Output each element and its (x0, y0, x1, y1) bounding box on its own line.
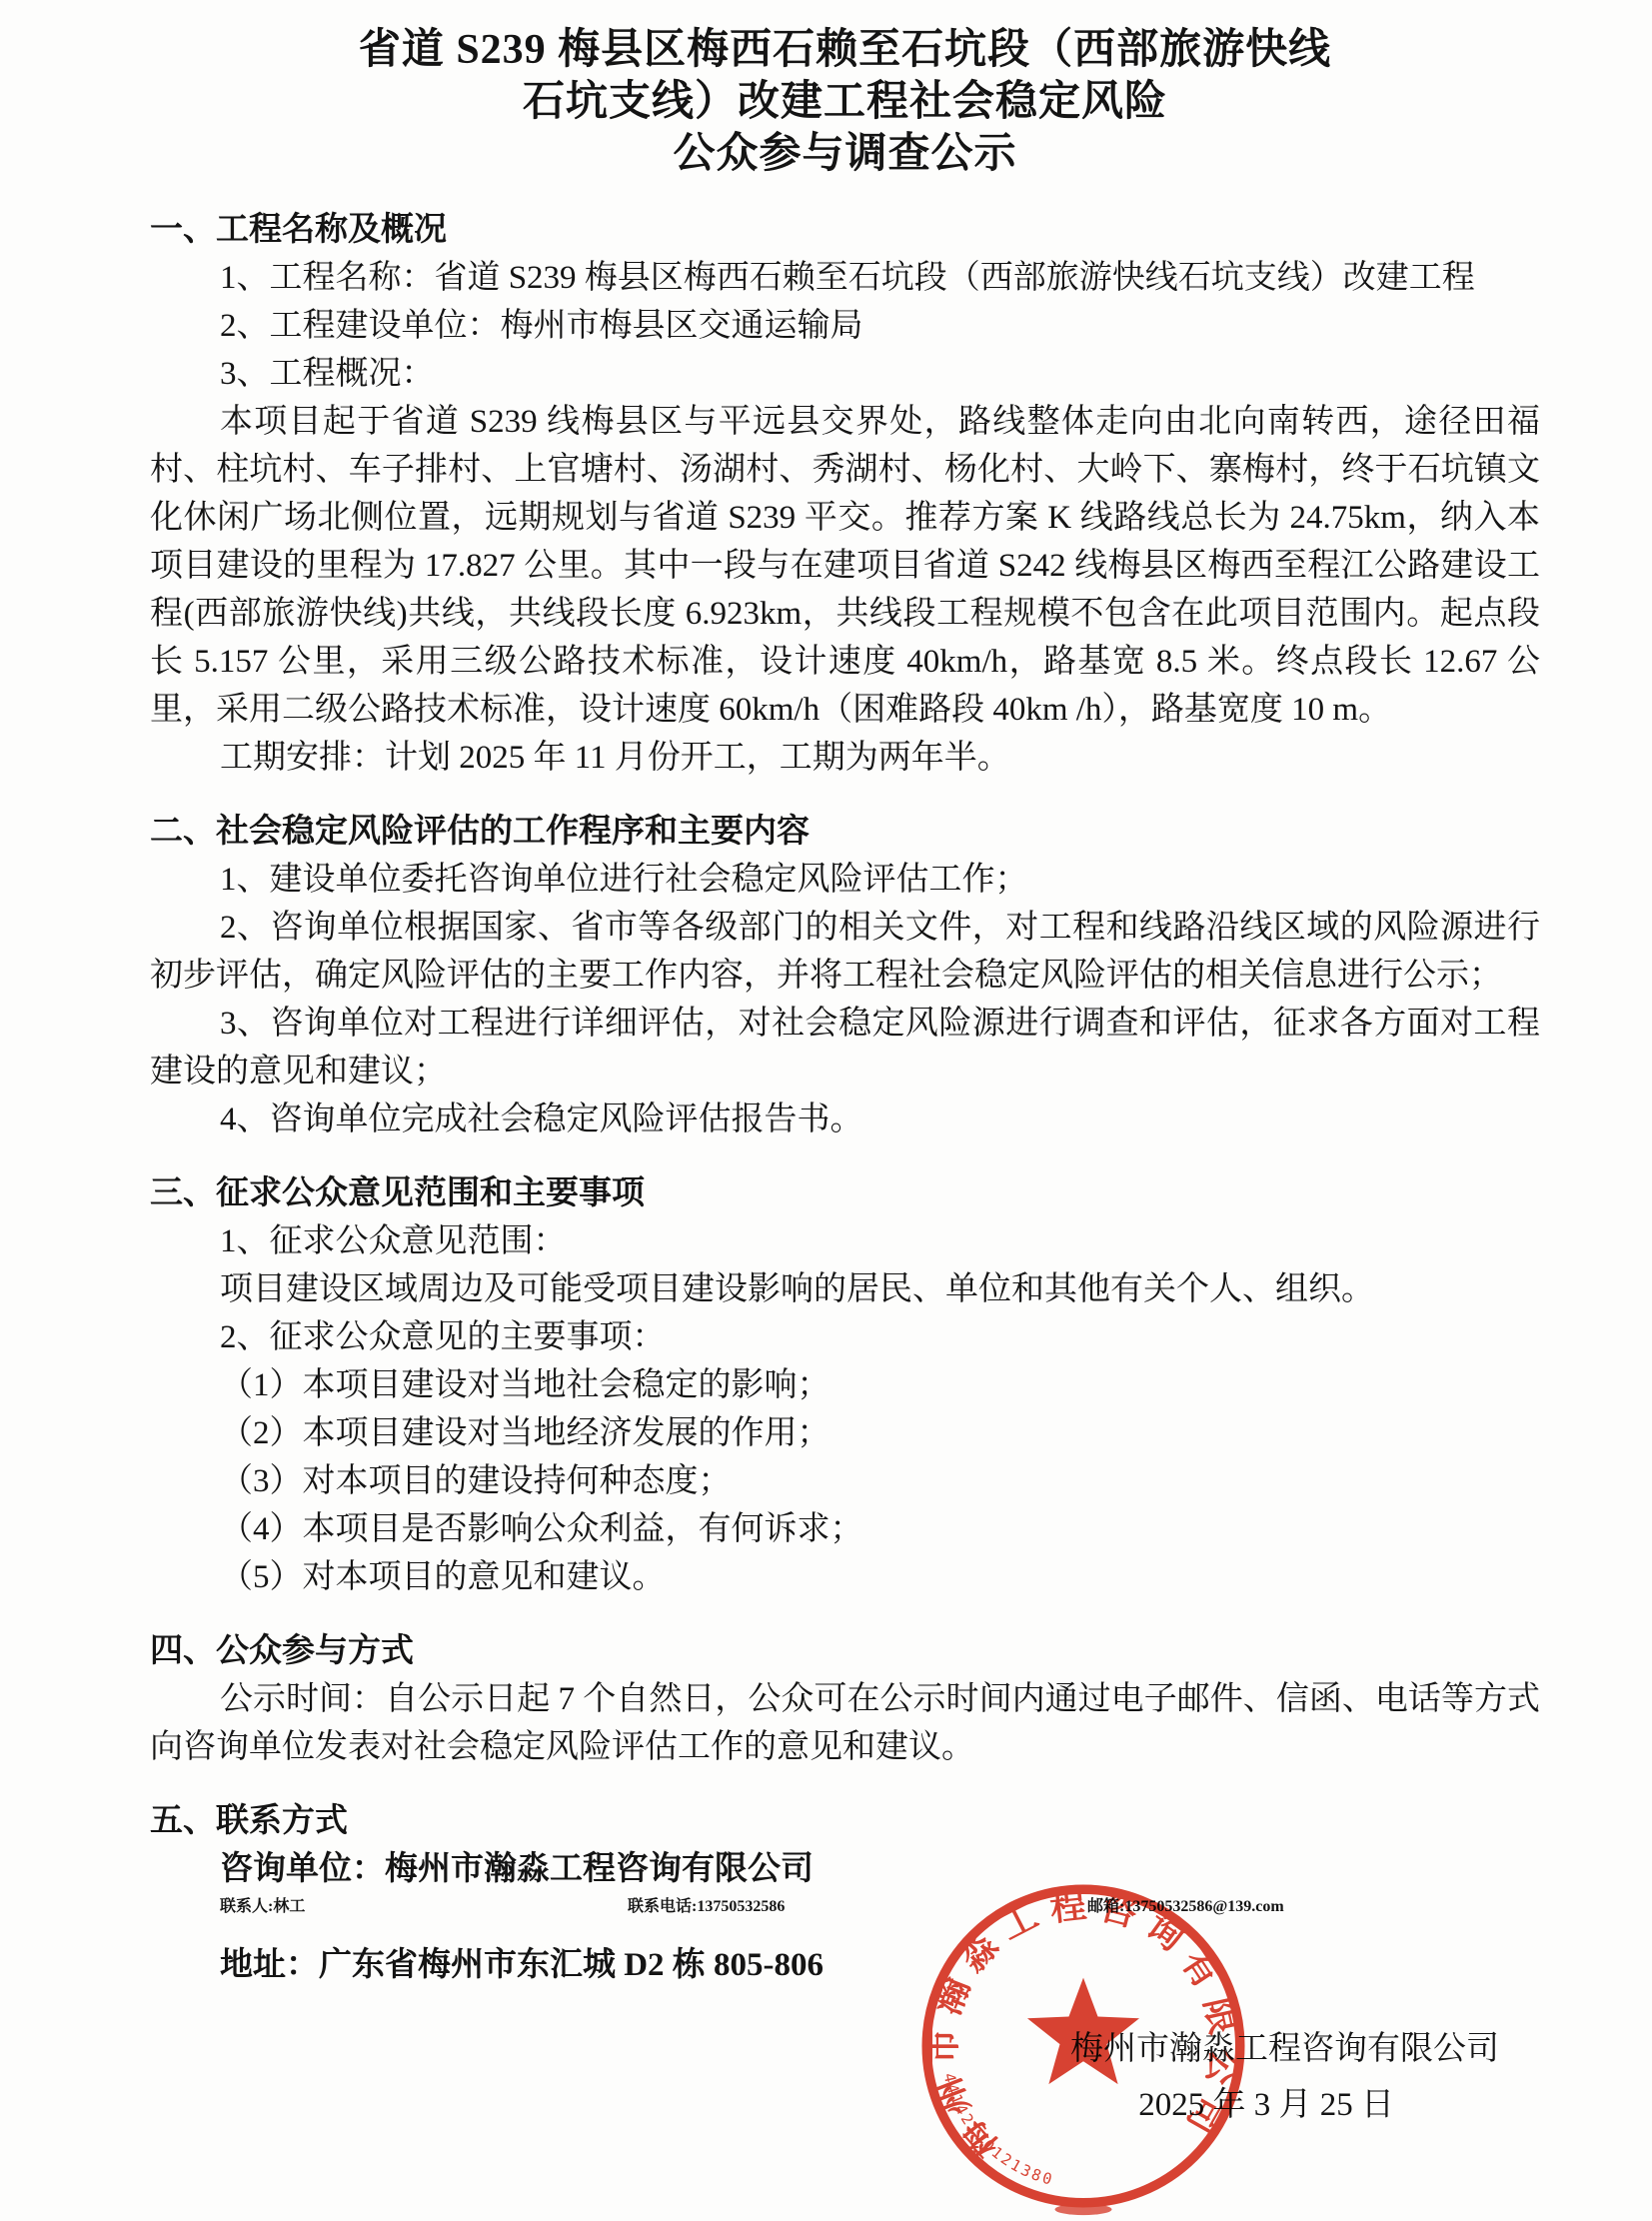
official-seal-stamp: 梅州市瀚淼工程咨询有限公司 44142110121380 (912, 1875, 1254, 2217)
section-1-item-project-name: 1、工程名称：省道 S239 梅县区梅西石赖至石坑段（西部旅游快线石坑支线）改建… (150, 254, 1540, 302)
document-title: 省道 S239 梅县区梅西石赖至石坑段（西部旅游快线 石坑支线）改建工程社会稳定… (150, 24, 1540, 180)
section-3-scope: 项目建设区域周边及可能受项目建设影响的居民、单位和其他有关个人、组织。 (150, 1265, 1540, 1313)
section-2-item-2: 2、咨询单位根据国家、省市等各级部门的相关文件，对工程和线路沿线区域的风险源进行… (150, 904, 1540, 1000)
section-2-item-4: 4、咨询单位完成社会稳定风险评估报告书。 (150, 1096, 1540, 1143)
section-3-question-5: （5）对本项目的意见和建议。 (150, 1553, 1540, 1601)
contact-person: 联系人:林工 (220, 1893, 305, 1916)
public-notice-document: 省道 S239 梅县区梅西石赖至石坑段（西部旅游快线 石坑支线）改建工程社会稳定… (0, 0, 1652, 2221)
section-4-heading: 四、公众参与方式 (150, 1627, 1540, 1675)
section-1-item-overview-label: 3、工程概况： (150, 350, 1540, 398)
section-1-heading: 一、工程名称及概况 (150, 206, 1540, 254)
document-title-line-3: 公众参与调查公示 (150, 128, 1540, 180)
seal-ink-smudge (1055, 2204, 1112, 2215)
section-1-overview-paragraph: 本项目起于省道 S239 线梅县区与平远县交界处，路线整体走向由北向南转西，途径… (150, 398, 1540, 734)
section-3-item-2: 2、征求公众意见的主要事项： (150, 1313, 1540, 1361)
section-5-heading: 五、联系方式 (150, 1797, 1540, 1845)
document-title-line-2: 石坑支线）改建工程社会稳定风险 (150, 76, 1540, 128)
section-2-item-3: 3、咨询单位对工程进行详细评估，对社会稳定风险源进行调查和评估，征求各方面对工程… (150, 1000, 1540, 1096)
contact-phone: 联系电话:13750532586 (628, 1893, 785, 1916)
section-3-question-4: （4）本项目是否影响公众利益，有何诉求； (150, 1505, 1540, 1553)
section-1-schedule: 工期安排：计划 2025 年 11 月份开工，工期为两年半。 (150, 734, 1540, 782)
contact-address: 地址：广东省梅州市东汇城 D2 栋 805-806 (150, 1941, 1540, 1989)
document-title-line-1: 省道 S239 梅县区梅西石赖至石坑段（西部旅游快线 (150, 24, 1540, 76)
section-3-item-1: 1、征求公众意见范围： (150, 1217, 1540, 1265)
section-3-heading: 三、征求公众意见范围和主要事项 (150, 1169, 1540, 1217)
section-1-item-owner: 2、工程建设单位：梅州市梅县区交通运输局 (150, 302, 1540, 350)
section-3-question-2: （2）本项目建设对当地经济发展的作用； (150, 1409, 1540, 1457)
seal-star-icon (1027, 1978, 1139, 2085)
section-4-body: 公示时间：自公示日起 7 个自然日，公众可在公示时间内通过电子邮件、信函、电话等… (150, 1675, 1540, 1771)
section-3-question-3: （3）对本项目的建设持何种态度； (150, 1457, 1540, 1505)
section-3-question-1: （1）本项目建设对当地社会稳定的影响； (150, 1361, 1540, 1409)
contact-consultant: 咨询单位：梅州市瀚淼工程咨询有限公司 (150, 1845, 1540, 1893)
contact-row: 联系人:林工 联系电话:13750532586 邮箱:13750532586@1… (150, 1893, 1540, 1941)
section-2-item-1: 1、建设单位委托咨询单位进行社会稳定风险评估工作； (150, 856, 1540, 904)
section-2-heading: 二、社会稳定风险评估的工作程序和主要内容 (150, 808, 1540, 856)
document-content: 省道 S239 梅县区梅西石赖至石坑段（西部旅游快线 石坑支线）改建工程社会稳定… (150, 0, 1540, 1989)
